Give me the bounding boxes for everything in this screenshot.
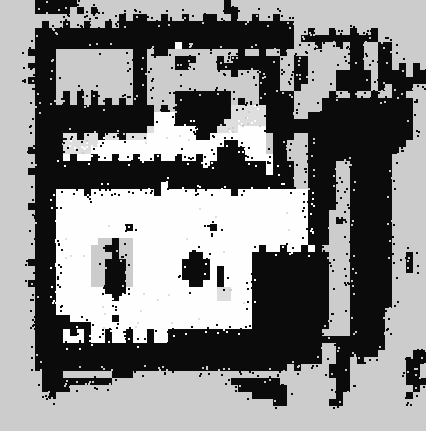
binarized-artwork-canvas: [0, 0, 426, 431]
screenshot-root: [0, 0, 426, 431]
